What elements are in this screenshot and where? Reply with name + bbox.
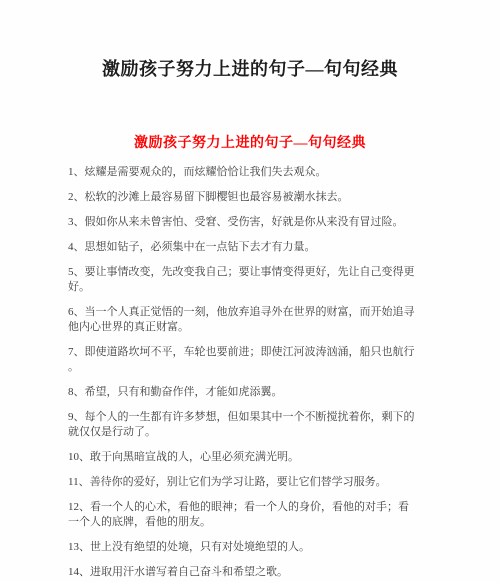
- document-page: 激励孩子努力上进的句子—句句经典 激励孩子努力上进的句子—句句经典 1、炫耀是需…: [0, 0, 500, 582]
- list-item: 4、思想如钻子，必须集中在一点钻下去才有力量。: [68, 240, 419, 255]
- list-item: 9、每个人的一生都有许多梦想，但如果其中一个不断搅扰着你，剩下的就仅仅是行动了。: [68, 410, 419, 440]
- list-item: 7、即使道路坎坷不平，车轮也要前进；即使江河波涛汹涌，船只也航行。: [68, 345, 419, 375]
- list-item: 13、世上没有绝望的处境，只有对处境绝望的人。: [68, 540, 419, 555]
- list-item: 11、善待你的爱好，别让它们为学习让路，要让它们替学习服务。: [68, 475, 419, 490]
- list-item: 5、要让事情改变，先改变我自己；要让事情变得更好，先让自己变得更好。: [68, 265, 419, 295]
- list-item: 3、假如你从来未曾害怕、受窘、受伤害，好就是你从来没有冒过险。: [68, 215, 419, 230]
- article-title: 激励孩子努力上进的句子—句句经典: [0, 134, 500, 153]
- document-title: 激励孩子努力上进的句子—句句经典: [0, 0, 500, 81]
- list-item: 1、炫耀是需要观众的，而炫耀恰恰让我们失去观众。: [68, 165, 419, 180]
- list-item: 2、松软的沙滩上最容易留下脚樱钽也最容易被潮水抹去。: [68, 190, 419, 205]
- list-item: 12、看一个人的心术，看他的眼神；看一个人的身价，看他的对手；看一个人的底牌，看…: [68, 500, 419, 530]
- list-item: 6、当一个人真正觉悟的一刻，他放弃追寻外在世界的财富，而开始追寻他内心世界的真正…: [68, 305, 419, 335]
- list-item: 10、敢于向黑暗宣战的人，心里必须充满光明。: [68, 450, 419, 465]
- list-item: 14、进取用汗水谱写着自己奋斗和希望之歌。: [68, 565, 419, 580]
- list-item: 8、希望，只有和勤奋作伴，才能如虎添翼。: [68, 385, 419, 400]
- sentence-list: 1、炫耀是需要观众的，而炫耀恰恰让我们失去观众。 2、松软的沙滩上最容易留下脚樱…: [0, 165, 419, 580]
